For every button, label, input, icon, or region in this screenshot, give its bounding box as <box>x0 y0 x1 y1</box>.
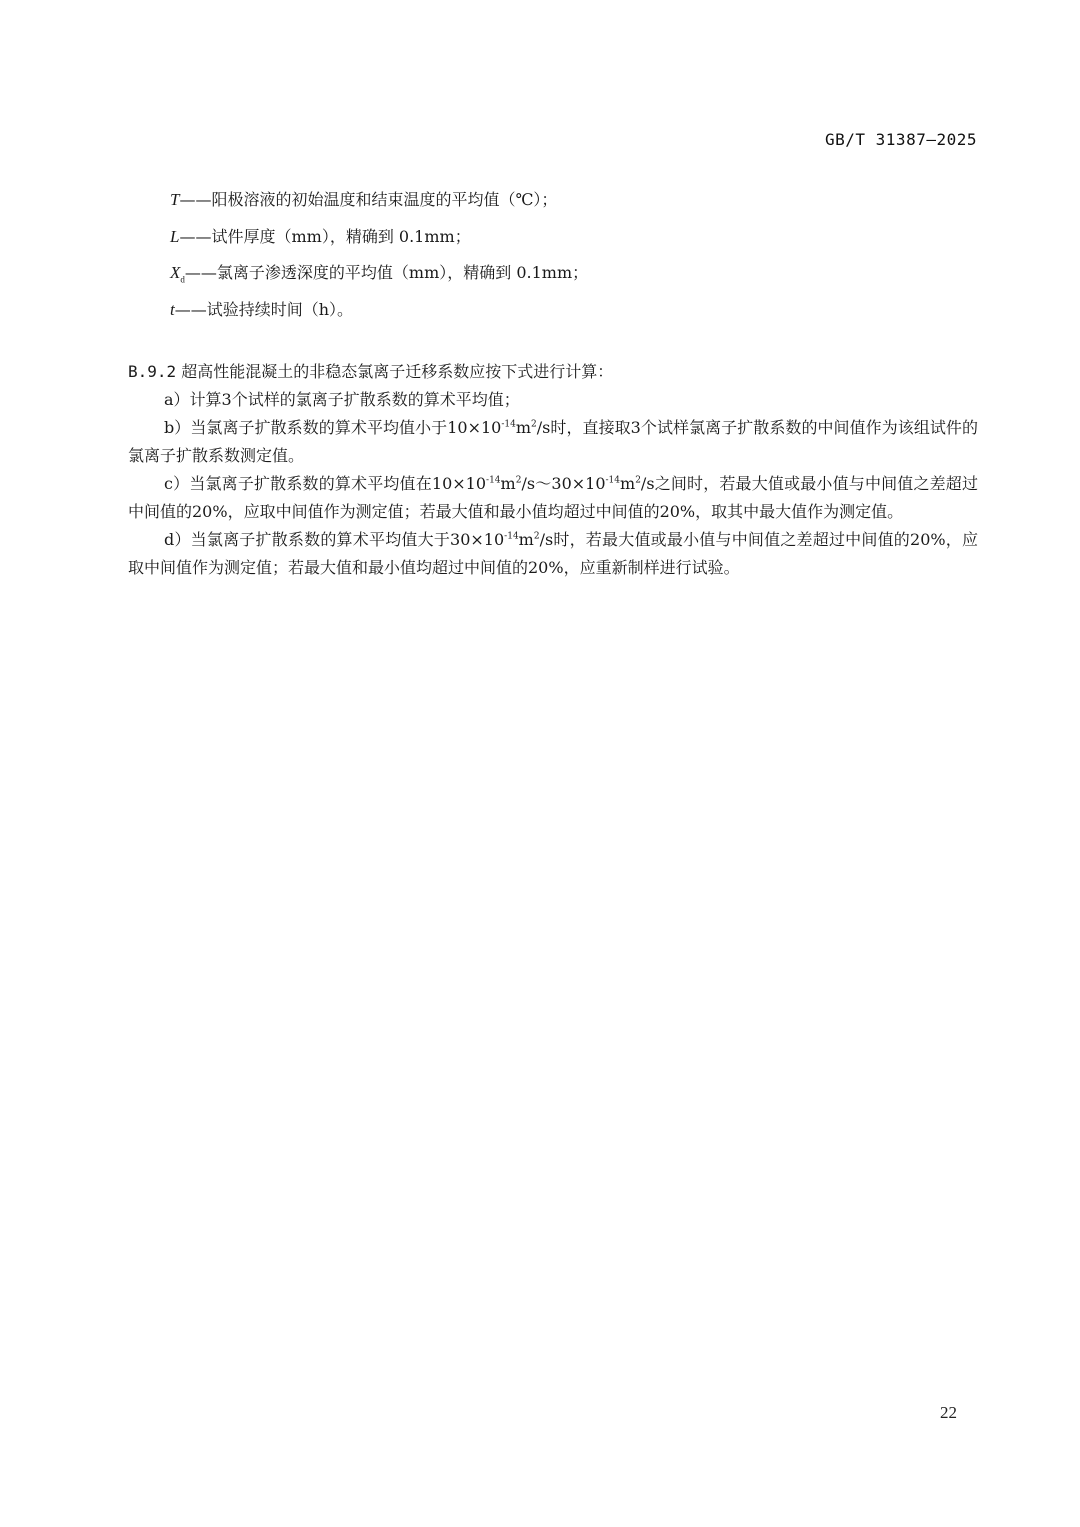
item-label: d） <box>164 530 191 549</box>
exponent: -14 <box>504 532 519 542</box>
item-label: a） <box>164 390 190 409</box>
definition-T: T——阳极溶液的初始温度和结束温度的平均值（℃）； <box>170 186 588 223</box>
item-label: b） <box>164 418 190 437</box>
definition-text: 试验持续时间（h）。 <box>207 300 353 319</box>
unit: m <box>516 418 531 437</box>
unit: m <box>519 530 534 549</box>
definition-text: 阳极溶液的初始温度和结束温度的平均值（℃）； <box>211 190 557 209</box>
dash: —— <box>175 300 207 319</box>
item-text: 计算3个试样的氯离子扩散系数的算术平均值； <box>190 390 520 409</box>
item-c: c）当氯离子扩散系数的算术平均值在10×10-14m2/s～30×10-14m2… <box>128 470 978 526</box>
page-number: 22 <box>940 1403 957 1423</box>
definition-Xd: Xd——氯离子渗透深度的平均值（mm），精确到 0.1mm； <box>170 259 588 296</box>
symbol-base: X <box>170 263 180 282</box>
item-text: 当氯离子扩散系数的算术平均值大于30×10 <box>191 530 505 549</box>
clause-B-9-2: B.9.2 超高性能混凝土的非稳态氯离子迁移系数应按下式进行计算： a）计算3个… <box>128 358 978 582</box>
item-label: c） <box>164 474 189 493</box>
dash: —— <box>185 263 217 282</box>
symbol: Xd <box>170 263 185 282</box>
item-a: a）计算3个试样的氯离子扩散系数的算术平均值； <box>128 386 978 414</box>
definition-text: 试件厚度（mm），精确到 0.1mm； <box>211 227 470 246</box>
dash: —— <box>179 227 211 246</box>
definition-t: t——试验持续时间（h）。 <box>170 296 588 333</box>
definition-text: 氯离子渗透深度的平均值（mm），精确到 0.1mm； <box>217 263 588 282</box>
item-text: 当氯离子扩散系数的算术平均值在10×10 <box>189 474 486 493</box>
item-d: d）当氯离子扩散系数的算术平均值大于30×10-14m2/s时，若最大值或最小值… <box>128 526 978 582</box>
clause-number: B.9.2 <box>128 362 176 381</box>
item-text: /s～30×10 <box>521 474 605 493</box>
exponent: -14 <box>606 476 621 486</box>
clause-title: 超高性能混凝土的非稳态氯离子迁移系数应按下式进行计算： <box>181 362 613 381</box>
symbol-definitions: T——阳极溶液的初始温度和结束温度的平均值（℃）； L——试件厚度（mm），精确… <box>170 186 588 332</box>
exponent: -14 <box>501 420 516 430</box>
exponent: -14 <box>486 476 501 486</box>
standard-code-header: GB/T 31387—2025 <box>825 130 977 149</box>
unit: m <box>501 474 516 493</box>
item-b: b）当氯离子扩散系数的算术平均值小于10×10-14m2/s时，直接取3个试样氯… <box>128 414 978 470</box>
dash: —— <box>179 190 211 209</box>
clause-heading: B.9.2 超高性能混凝土的非稳态氯离子迁移系数应按下式进行计算： <box>128 358 978 386</box>
unit: m <box>620 474 635 493</box>
definition-L: L——试件厚度（mm），精确到 0.1mm； <box>170 223 588 260</box>
item-text: 当氯离子扩散系数的算术平均值小于10×10 <box>190 418 501 437</box>
